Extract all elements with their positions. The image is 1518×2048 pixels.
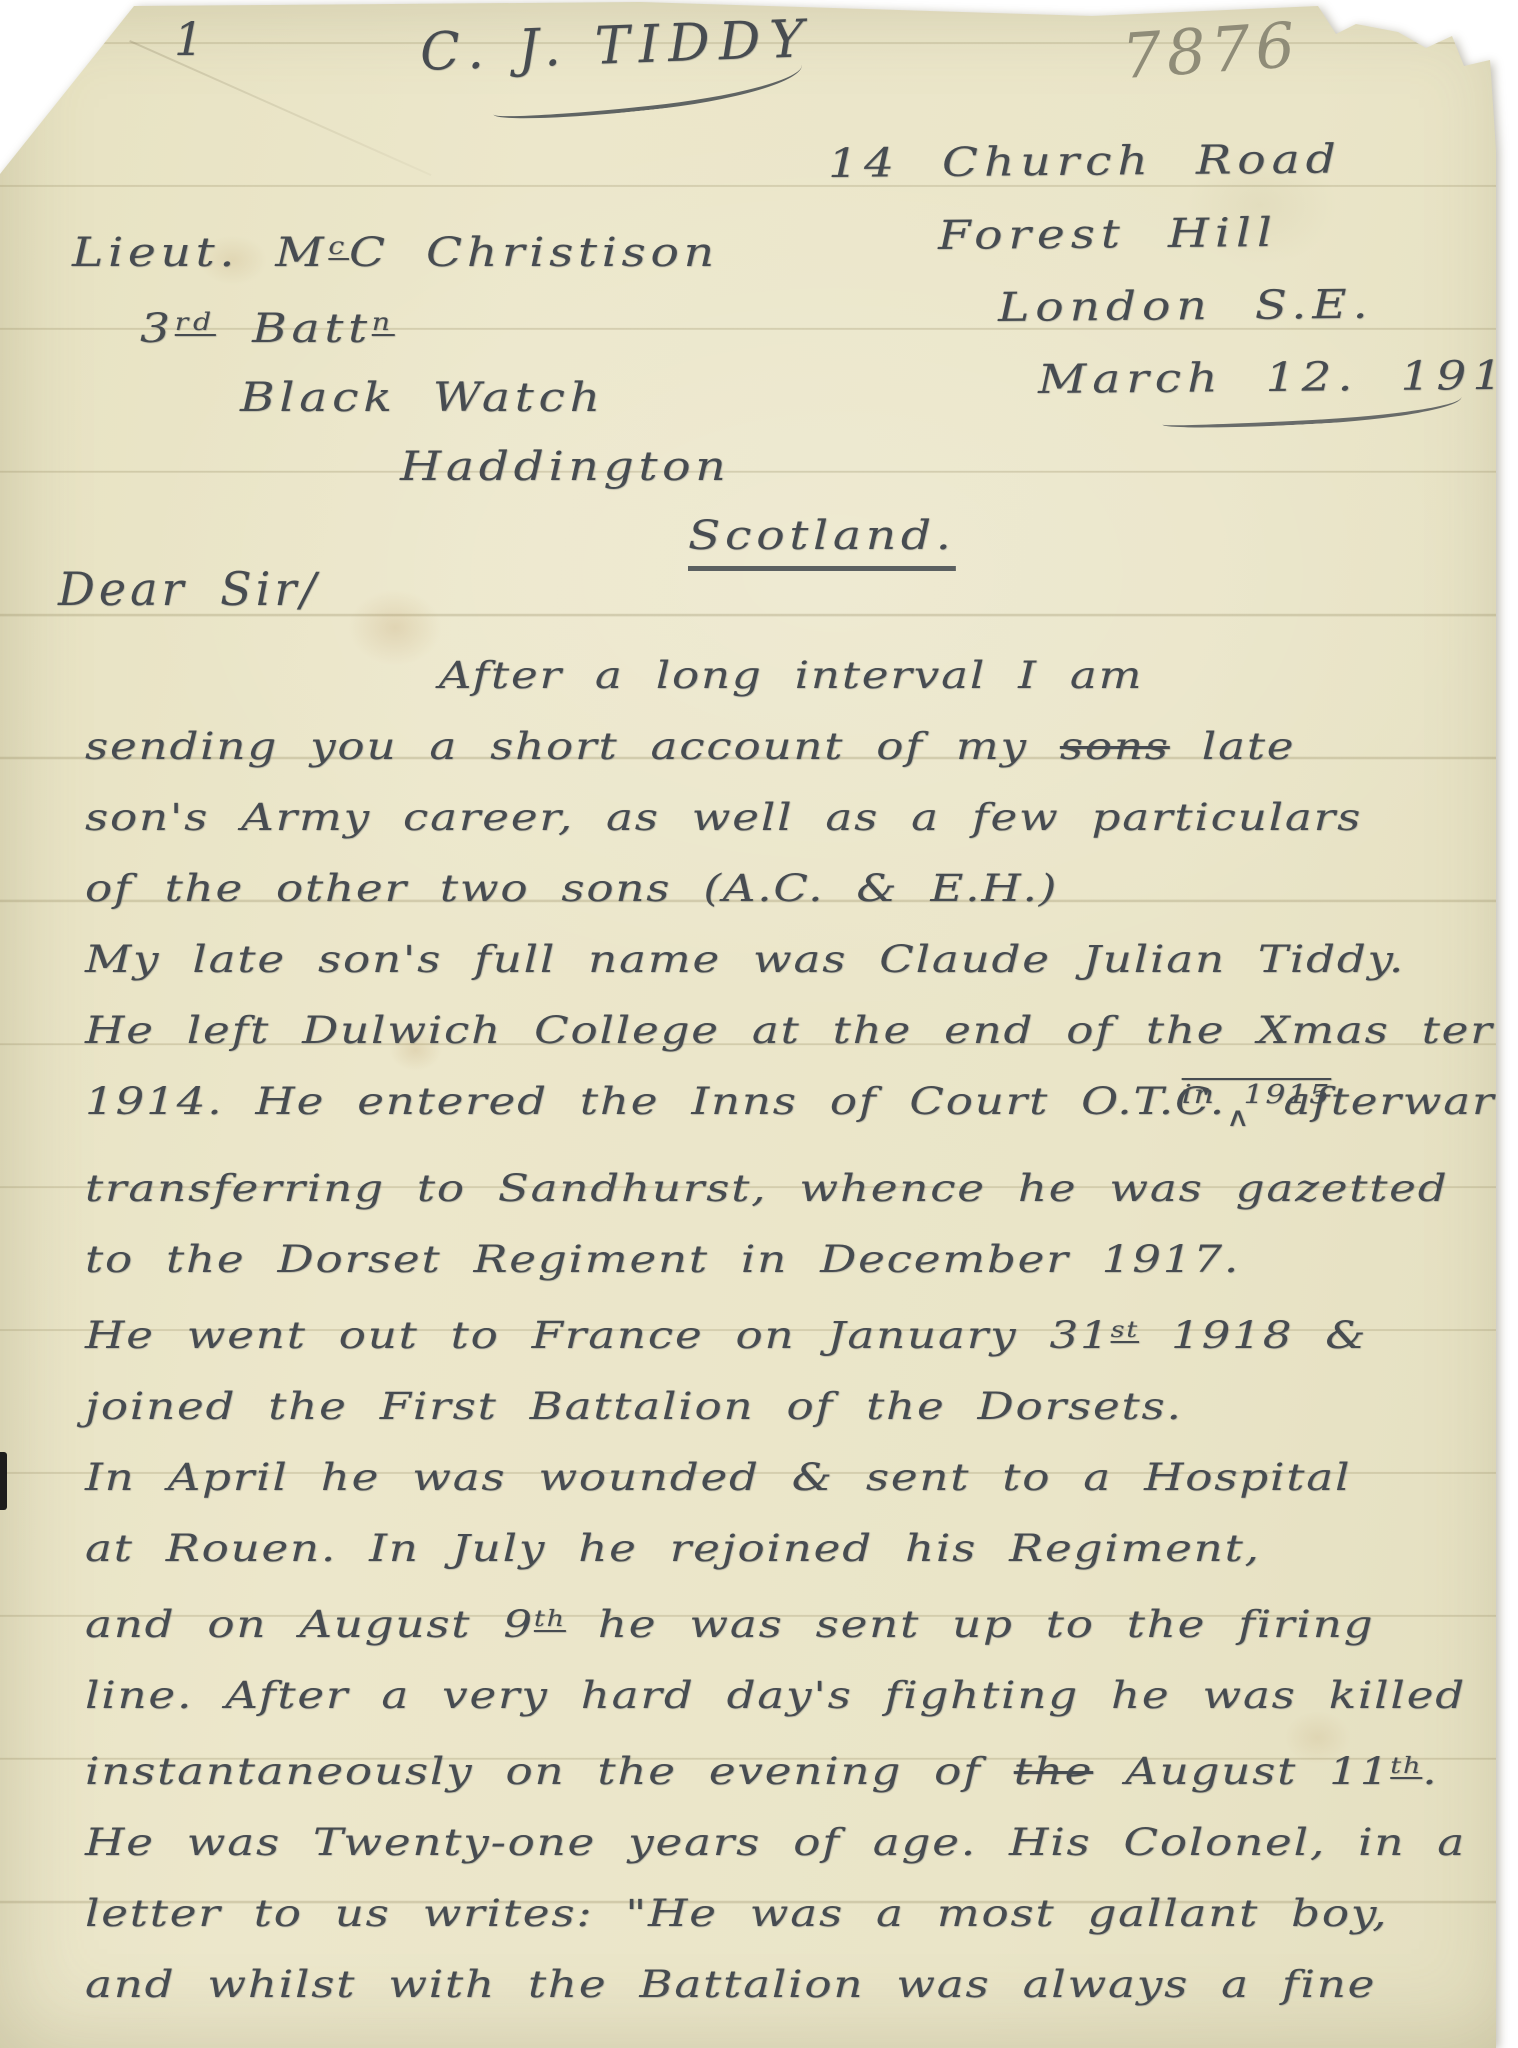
text-run: th	[1390, 1753, 1422, 1779]
text-run: He went out to France on January 31	[85, 1314, 1111, 1357]
text-run: joined the First Battalion of the Dorset…	[85, 1385, 1183, 1428]
salutation: Dear Sir/	[58, 562, 320, 616]
text-run: 1918 &	[1139, 1314, 1367, 1357]
letter-paper: 1 C. J. TIDDY 7876 14 Church RoadForest …	[0, 0, 1518, 2048]
text-run: and on August 9	[85, 1603, 534, 1646]
text-run: Lieut. M	[72, 230, 328, 276]
handwritten-line: instantaneously on the evening of the Au…	[85, 1731, 1518, 1807]
text-run: c	[328, 232, 349, 260]
handwritten-line: Scotland.	[688, 502, 955, 571]
text-run: August 11	[1093, 1750, 1390, 1793]
handwritten-line: 14 Church Road	[828, 121, 1518, 200]
handwritten-line: of the other two sons (A.C. & E.H.)	[85, 853, 1518, 924]
edge-ink-mark	[0, 1452, 7, 1510]
text-run: he was sent up to the firing	[566, 1603, 1374, 1646]
handwritten-line: and whilst with the Battalion was always…	[85, 1949, 1518, 2020]
text-run: st	[1111, 1317, 1139, 1343]
struck-word: the	[1014, 1750, 1093, 1793]
catalog-number: 7876	[1120, 8, 1302, 93]
handwritten-line: Lieut. McC Christison	[72, 212, 1066, 288]
text-run: Batt	[216, 306, 372, 352]
handwritten-line: In April he was wounded & sent to a Hosp…	[85, 1442, 1518, 1513]
handwritten-line: and on August 9th he was sent up to the …	[85, 1584, 1518, 1660]
text-run: n	[372, 308, 395, 336]
text-run: Haddington	[400, 444, 730, 490]
handwritten-line: transferring to Sandhurst, whence he was…	[85, 1153, 1518, 1224]
text-run: 14 Church Road	[828, 136, 1342, 187]
handwritten-line: to the Dorset Regiment in December 1917.	[85, 1224, 1518, 1295]
handwritten-line: at Rouen. In July he rejoined his Regime…	[85, 1513, 1518, 1584]
handwritten-line: Black Watch	[240, 364, 1036, 433]
handwritten-line: 3rd Battn	[140, 288, 1054, 364]
handwritten-line: joined the First Battalion of the Dorset…	[85, 1371, 1518, 1442]
text-run: to the Dorset Regiment in December 1917.	[85, 1238, 1240, 1281]
handwritten-line: 1914. He entered the Inns of Court O.T.C…	[85, 1066, 1518, 1153]
text-run: son's Army career, as well as a few part…	[85, 796, 1362, 839]
text-run: 3	[140, 306, 175, 352]
text-run: He left Dulwich College at the end of th…	[85, 1009, 1518, 1052]
text-run: and whilst with the Battalion was always…	[85, 1963, 1376, 2006]
handwritten-line: He left Dulwich College at the end of th…	[85, 995, 1518, 1066]
text-run: Black Watch	[240, 375, 605, 421]
page-number-mark: 1	[174, 12, 203, 66]
text-run: of the other two sons (A.C. & E.H.)	[85, 867, 1058, 910]
text-run: C Christison	[349, 230, 719, 276]
handwritten-line: My late son's full name was Claude Julia…	[85, 924, 1518, 995]
text-run: instantaneously on the evening of	[85, 1750, 1014, 1793]
handwritten-line: London S.E.	[998, 267, 1518, 344]
text-run: 1914. He entered the Inns of Court O.T.C…	[85, 1080, 1226, 1123]
text-run: letter to us writes: "He was a most gall…	[85, 1892, 1388, 1935]
handwritten-line: After a long interval I am	[85, 640, 1518, 711]
text-run: at Rouen. In July he rejoined his Regime…	[85, 1527, 1261, 1570]
text-run: He was Twenty-one years of age. His Colo…	[85, 1821, 1466, 1864]
inserted-note: in 1915∧	[1226, 1066, 1252, 1153]
text-run: .	[1422, 1750, 1438, 1793]
handwritten-line: sending you a short account of my sons l…	[85, 711, 1518, 782]
text-run: Scotland.	[688, 513, 955, 571]
scanned-letter: 1 C. J. TIDDY 7876 14 Church RoadForest …	[0, 0, 1518, 2048]
struck-word: sons	[1060, 725, 1170, 768]
text-run: sending you a short account of my	[85, 725, 1060, 768]
text-run: th	[534, 1606, 566, 1632]
recipient-address-block: Lieut. McC Christison3rd BattnBlack Watc…	[0, 212, 915, 571]
text-run: After a long interval I am	[439, 654, 1143, 697]
text-run: My late son's full name was Claude Julia…	[85, 938, 1405, 981]
text-run: late	[1170, 725, 1296, 768]
handwritten-line: letter to us writes: "He was a most gall…	[85, 1878, 1518, 1949]
inserted-note-text: in 1915	[1182, 1060, 1332, 1131]
text-run: transferring to Sandhurst, whence he was…	[85, 1167, 1448, 1210]
text-run: rd	[175, 308, 216, 336]
text-run: line. After a very hard day's fighting h…	[85, 1674, 1466, 1717]
handwritten-line: He was Twenty-one years of age. His Colo…	[85, 1807, 1518, 1878]
handwritten-line: line. After a very hard day's fighting h…	[85, 1660, 1518, 1731]
text-run: In April he was wounded & sent to a Hosp…	[85, 1456, 1351, 1499]
handwritten-line: He went out to France on January 31st 19…	[85, 1295, 1518, 1371]
letter-body: After a long interval I amsending you a …	[85, 640, 1287, 2020]
handwritten-line: son's Army career, as well as a few part…	[85, 782, 1518, 853]
handwritten-line: Haddington	[400, 433, 1007, 502]
